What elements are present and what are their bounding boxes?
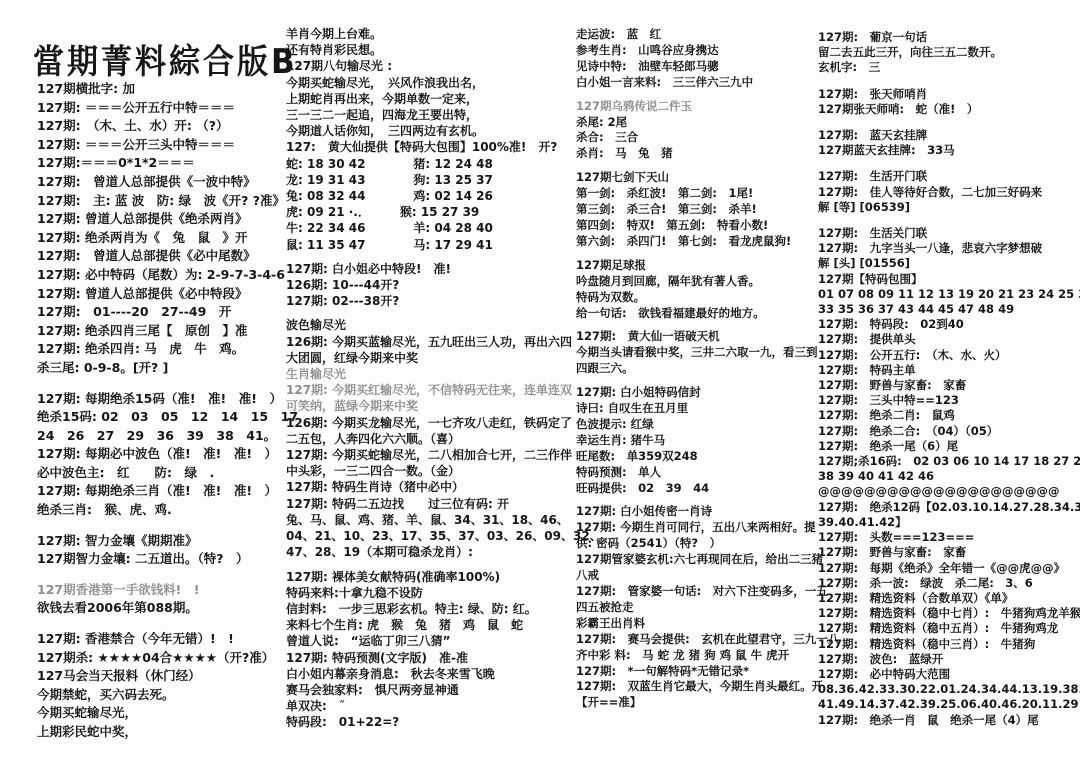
text-line: 第一剑: 杀红波! 第二剑: 1尾! <box>576 186 818 202</box>
text-line: 四五被抢走 <box>576 600 818 616</box>
text-line: 127期: 特码二五边找 过三位有码: 开 <box>286 496 564 512</box>
text-line: 127期: 每期绝杀15码（准! 准! 准! ） <box>37 390 287 409</box>
text-line: 127期: 张天师哨肖 <box>818 87 1078 102</box>
text-line: 127期: 白小姐特码信封 <box>576 385 818 401</box>
text-line: 127期: 香港禁合（今年无错）! ! <box>37 630 287 649</box>
text-line: 127期: 智力金壤《期期准》 <box>37 532 287 551</box>
text-line: 127期智力金壤: 二五道出。（特? ） <box>37 550 287 569</box>
line-gap <box>576 250 818 258</box>
text-line: 127期蓝天玄挂牌: 33马 <box>818 143 1078 158</box>
text-line: 127期: 今期生肖可同行，五出八来两相好。提 <box>576 520 818 536</box>
text-line: 127期: 赛马会提供: 玄机在此望君守，三九一八 <box>576 632 818 648</box>
text-line: 来料七个生肖: 虎 猴 兔 猪 鸡 鼠 蛇 <box>286 617 564 633</box>
text-line: 127期: 曾道人总部提供《一波中特》 <box>37 173 287 192</box>
text-line: 走运波: 蓝 红 <box>576 27 818 43</box>
text-line: 127期八句输尽光 : <box>286 58 564 74</box>
text-line: 127期:＝＝＝0*1*2＝＝＝ <box>37 154 287 173</box>
text-line: 01 07 08 09 11 12 13 19 20 21 23 24 25 3… <box>818 287 1078 302</box>
text-line: 杀合: 三合 <box>576 130 818 146</box>
column-1: 127期横批字: 加127期: ＝＝＝公开五行中特＝＝＝127期: （木、土、水… <box>37 80 287 742</box>
tip-sheet-page: 當期菁料綜合版B 127期横批字: 加127期: ＝＝＝公开五行中特＝＝＝127… <box>0 0 1080 764</box>
text-line: 127期: 主: 蓝 波 防: 绿 波《开? ?准》 <box>37 192 287 211</box>
text-line: 虎: 09 21 ·.． 猴: 15 27 39 <box>286 204 564 220</box>
text-line: 127期: 野兽与家畜: 家畜 <box>818 545 1078 560</box>
text-line: 127期: 生活开门联 <box>818 169 1078 184</box>
text-line: 127期: 裸体美女献特码(准确率100%) <box>286 569 564 585</box>
text-line: 四跟三六。 <box>576 361 818 377</box>
text-line: 127期杀: ★★★★04合★★★★（开?准） <box>37 649 287 668</box>
text-line: 127期: （木、土、水）开: （?） <box>37 117 287 136</box>
line-gap <box>576 496 818 504</box>
text-line: 留二去五此三开，向往三五二数开。 <box>818 45 1078 60</box>
column-2: 羊肖今期上台难。还有特肖彩民想。127期八句输尽光 :今期买蛇输尽光， 兴风作浪… <box>286 26 564 731</box>
text-line: 127期: 绝杀一尾（6）尾 <box>818 439 1078 454</box>
line-gap <box>818 215 1078 226</box>
text-line: 127期: 精选资料（稳中七肖）: 牛猪狗鸡龙羊猴 <box>818 606 1078 621</box>
text-line: 41.49.14.37.42.39.25.06.40.46.20.11.29 <box>818 697 1078 712</box>
text-line: 127期: 曾道人总部提供《必中特段》 <box>37 285 287 304</box>
text-line: 今期买蛇输尽光， 兴风作浪我出名， <box>286 75 564 91</box>
text-line: 127期: 白小姐传密一肖诗 <box>576 504 818 520</box>
text-line: 诗曰: 自叹生在丑月里 <box>576 401 818 417</box>
text-line: 可笑纳，蓝绿今期来中奖 <box>286 398 564 414</box>
text-line: 单双决: ˝ <box>286 698 564 714</box>
text-line: 127期: 黄大仙一语破天机 <box>576 329 818 345</box>
text-line: 126期: 今期买龙输尽光，一七齐攻八走红，铁码定了 <box>286 415 564 431</box>
text-line: 特码为双数。 <box>576 290 818 306</box>
text-line: 127期: 每期《绝杀》全年错一《@@虎@@》 <box>818 561 1078 576</box>
text-line: 127马会当天报料（休门经） <box>37 667 287 686</box>
text-line: 鼠: 11 35 47 马: 17 29 41 <box>286 237 564 253</box>
text-line: 38 39 40 41 42 46 <box>818 469 1078 484</box>
text-line: 第六剑: 杀四门! 第七剑: 看龙虎鼠狗! <box>576 234 818 250</box>
text-line: 今期买蛇输尽光， <box>37 704 287 723</box>
line-gap <box>576 91 818 99</box>
text-line: 绝杀15码: 02 03 05 12 14 15 17 <box>37 408 287 427</box>
text-line: 127期: 管家婆一句话: 对六下注变码多，一五 <box>576 584 818 600</box>
text-line: 127期: ＝＝＝公开五行中特＝＝＝ <box>37 99 287 118</box>
text-line: 127期: 每期绝杀三肖（准! 准! 准! ） <box>37 482 287 501</box>
text-line: 127期: 精选资料（合数单双）《单》 <box>818 591 1078 606</box>
text-line: 127期: 02---38开? <box>286 293 564 309</box>
text-line: 供: 密码（2541）（特? ） <box>576 536 818 552</box>
line-gap <box>818 117 1078 128</box>
text-line: 杀肖: 马 兔 猪 <box>576 146 818 162</box>
text-line: 今期禁蛇，买六码去死。 <box>37 686 287 705</box>
text-line: 127期: 三头中特==123 <box>818 393 1078 408</box>
text-line: 给一句话: 欲钱看福建最好的地方。 <box>576 306 818 322</box>
text-line: 龙: 19 31 43 狗: 13 25 37 <box>286 172 564 188</box>
text-line: 127期香港第一手欲钱料! ! <box>37 581 287 600</box>
text-line: 二五包，人奔四化六六顺。（喜） <box>286 431 564 447</box>
text-line: 127期: 必中特码大范围 <box>818 667 1078 682</box>
text-line: 127期: 佳人等待好合数，二七加三好码来 <box>818 185 1078 200</box>
text-line: 波色输尽光 <box>286 317 564 333</box>
text-line: 生肖输尽光 <box>286 366 564 382</box>
text-line: 八戒 <box>576 568 818 584</box>
text-line: 上期彩民蛇中奖， <box>37 723 287 742</box>
text-line: 127期: *一句解特码*无错记录* <box>576 664 818 680</box>
text-line: 127期【特码包围】 <box>818 272 1078 287</box>
text-line: 08.36.42.33.30.22.01.24.34.44.13.19.38. <box>818 682 1078 697</box>
text-line: 127期: 绝杀一肖 鼠 绝杀一尾（4）尾 <box>818 713 1078 728</box>
text-line: 三一三二一起追，四海龙王要出特， <box>286 107 564 123</box>
text-line: 24 26 27 29 36 39 38 41。 <box>37 427 287 446</box>
text-line: 127期: 曾道人总部提供《绝杀两肖》 <box>37 210 287 229</box>
text-line: 127期: 特码预测(文字版) 准-准 <box>286 650 564 666</box>
text-line: 127期: 生活关门联 <box>818 226 1078 241</box>
text-line: 中头彩，一三二四合一数。（金） <box>286 463 564 479</box>
text-line: 特码段: 01+22=? <box>286 714 564 730</box>
text-line: 127期: 绝杀四肖三尾【 原创 】准 <box>37 322 287 341</box>
text-line: 127: 黄大仙提供【特码大包围】100%准! 开? <box>286 139 564 155</box>
text-line: 127期: 每期必中波色（准! 准! 准! ） <box>37 445 287 464</box>
text-line: 127期: 精选资料（稳中五肖）: 牛猪狗鸡龙 <box>818 621 1078 636</box>
text-line: 127期: 提供单头 <box>818 332 1078 347</box>
line-gap <box>286 253 564 261</box>
text-line: 上期蛇肖再出来，今期单数一定来， <box>286 91 564 107</box>
text-line: 126期: 10---44开? <box>286 277 564 293</box>
text-line: 特码来料:十拿九稳不设防 <box>286 585 564 601</box>
text-line: 蛇: 18 30 42 猪: 12 24 48 <box>286 156 564 172</box>
column-4: 127期: 葡京一句话留二去五此三开，向往三五二数开。玄机字: 三127期: 张… <box>818 30 1078 728</box>
text-line: 127期管家婆玄机:六七再现同在后，给出二三猪 <box>576 552 818 568</box>
text-line: 127期: 头数===123=== <box>818 530 1078 545</box>
line-gap <box>818 76 1078 87</box>
line-gap <box>37 618 287 630</box>
text-line: 齐中彩 料: 马 蛇 龙 猪 狗 鸡 鼠 牛 虎开 <box>576 648 818 664</box>
line-gap <box>37 378 287 390</box>
text-line: 【开==准】 <box>576 695 818 711</box>
text-line: 必中波色主: 红 防: 绿 . <box>37 464 287 483</box>
text-line: 127期: 野兽与家畜: 家畜 <box>818 378 1078 393</box>
text-line: 127期: 必中特码（尾数）为: 2-9-7-3-4-6 <box>37 266 287 285</box>
text-line: 曾道人说: “运临丁卯三八猜” <box>286 633 564 649</box>
text-line: 127期: 双蓝生肖它最大，今期生肖头最红。开 <box>576 679 818 695</box>
text-line: 127期: 绝杀12码【02.03.10.14.27.28.34.38 <box>818 500 1078 515</box>
line-gap <box>576 162 818 170</box>
text-line: 127期: 01----20 27--49 开 <box>37 303 287 322</box>
text-line: 127期: 绝杀二合: （04）（05） <box>818 424 1078 439</box>
text-line: 旺尾数: 单359双248 <box>576 449 818 465</box>
text-line: 杀尾: 2尾 <box>576 115 818 131</box>
line-gap <box>286 309 564 317</box>
text-line: 127期: 九字当头一八逢，悲哀六字梦想破 <box>818 241 1078 256</box>
text-line: 绝杀三肖: 猴、虎、鸡. <box>37 501 287 520</box>
column-3: 走运波: 蓝 红参考生肖: 山鸣谷应身携达见诗中特: 油壁车轻郎马骢白小姐一言来… <box>576 27 818 711</box>
text-line: 彩霸王出肖料 <box>576 616 818 632</box>
text-line: 旺码提供: 02 39 44 <box>576 481 818 497</box>
text-line: 兔: 08 32 44 鸡: 02 14 26 <box>286 188 564 204</box>
text-line: 127期: 葡京一句话 <box>818 30 1078 45</box>
text-line: 白小姐一言来料: 三三伴六三九中 <box>576 75 818 91</box>
text-line: 127期: 绝杀四肖: 马 虎 牛 鸡。 <box>37 340 287 359</box>
text-line: 127期横批字: 加 <box>37 80 287 99</box>
text-line: 见诗中特: 油壁车轻郎马骢 <box>576 59 818 75</box>
text-line: 127期: 波色: 蓝绿开 <box>818 652 1078 667</box>
text-line: 幸运生肖: 猪牛马 <box>576 433 818 449</box>
text-line: 吟盘随月到回廊，隔年犹有著人香。 <box>576 274 818 290</box>
text-line: 127期;杀16码: 02 03 06 10 14 17 18 27 28 29… <box>818 454 1078 469</box>
text-line: @@@@@@@@@@@@@@@@@@@@@ <box>818 484 1078 499</box>
text-line: 玄机字: 三 <box>818 60 1078 75</box>
text-line: 欲钱去看2006年第088期。 <box>37 599 287 618</box>
text-line: 大团圆，红绿今期来中奖 <box>286 350 564 366</box>
text-line: 127期: 蓝天玄挂牌 <box>818 128 1078 143</box>
text-line: 信封料: 一步三思彩玄机。特主: 绿、防: 红。 <box>286 601 564 617</box>
text-line: 特码预测: 单人 <box>576 465 818 481</box>
line-gap <box>37 569 287 581</box>
text-line: 今期当头请看猴中奖，三井二六取一九，看三到 <box>576 345 818 361</box>
text-line: 127期: 绝杀两肖为《 兔 鼠 》开 <box>37 229 287 248</box>
text-line: 127期: 杀一波: 绿波 杀二尾: 3、6 <box>818 576 1078 591</box>
text-line: 33 35 36 37 43 44 45 47 48 49 <box>818 302 1078 317</box>
text-line: 还有特肖彩民想。 <box>286 42 564 58</box>
text-line: 解 [等] [06539] <box>818 200 1078 215</box>
text-line: 127期: 精选资料（稳中三肖）: 牛猪狗 <box>818 637 1078 652</box>
line-gap <box>818 158 1078 169</box>
text-line: 127期: 曾道人总部提供《必中尾数》 <box>37 247 287 266</box>
line-gap <box>576 321 818 329</box>
text-line: 126期: 今期买蓝输尽光，五九旺出三人功，再出六四 <box>286 334 564 350</box>
text-line: 127期: 特码主单 <box>818 363 1078 378</box>
text-line: 127期: 今期买蛇输尽光，二八相加合七开，二三作伴 <box>286 447 564 463</box>
text-line: 127期足球报 <box>576 258 818 274</box>
text-line: 127期: 公开五行: （木、水、火） <box>818 348 1078 363</box>
text-line: 第三剑: 杀三合! 第三剑: 杀羊! <box>576 202 818 218</box>
text-line: 参考生肖: 山鸣谷应身携达 <box>576 43 818 59</box>
text-line: 今期道人话你知， 三四两边有玄机。 <box>286 123 564 139</box>
text-line: 牛: 22 34 46 羊: 04 28 40 <box>286 220 564 236</box>
text-line: 杀三尾: 0-9-8。[开? ] <box>37 359 287 378</box>
text-line: 127期: 绝杀二肖: 鼠鸡 <box>818 408 1078 423</box>
text-line: 39.40.41.42】 <box>818 515 1078 530</box>
text-line: 127期: 今期买红输尽光，不信特码无往来，连单连双 <box>286 382 564 398</box>
line-gap <box>37 520 287 532</box>
text-line: 白小姐内幕亲身消息: 秋去冬来雪飞晚 <box>286 666 564 682</box>
text-line: 赛马会独家料: 惧尺两旁显神通 <box>286 682 564 698</box>
text-line: 兔、马、鼠、鸡、猪、羊、鼠、34、31、18、46、 <box>286 512 564 528</box>
text-line: 04、21、10、23、17、35、37、03、26、09、32、 <box>286 528 564 544</box>
line-gap <box>286 561 564 569</box>
line-gap <box>576 377 818 385</box>
text-line: 47、28、19（本期可稳杀龙肖）: <box>286 544 564 560</box>
text-line: 127期: ＝＝＝公开三头中特＝＝＝ <box>37 136 287 155</box>
text-line: 127期: 特码段: 02到40 <box>818 317 1078 332</box>
text-line: 127期乌鸦传说二件玉 <box>576 99 818 115</box>
text-line: 127期张天师哨: 蛇（准! ） <box>818 102 1078 117</box>
text-line: 127期: 特码生肖诗（猪中必中） <box>286 479 564 495</box>
text-line: 羊肖今期上台难。 <box>286 26 564 42</box>
text-line: 色波提示: 红绿 <box>576 417 818 433</box>
page-title: 當期菁料綜合版B <box>33 34 298 83</box>
text-line: 解 [头] [01556] <box>818 256 1078 271</box>
text-line: 第四剑: 特双! 第五剑: 特看小数! <box>576 218 818 234</box>
text-line: 127期七剑下天山 <box>576 170 818 186</box>
text-line: 127期: 白小姐必中特段! 准! <box>286 261 564 277</box>
